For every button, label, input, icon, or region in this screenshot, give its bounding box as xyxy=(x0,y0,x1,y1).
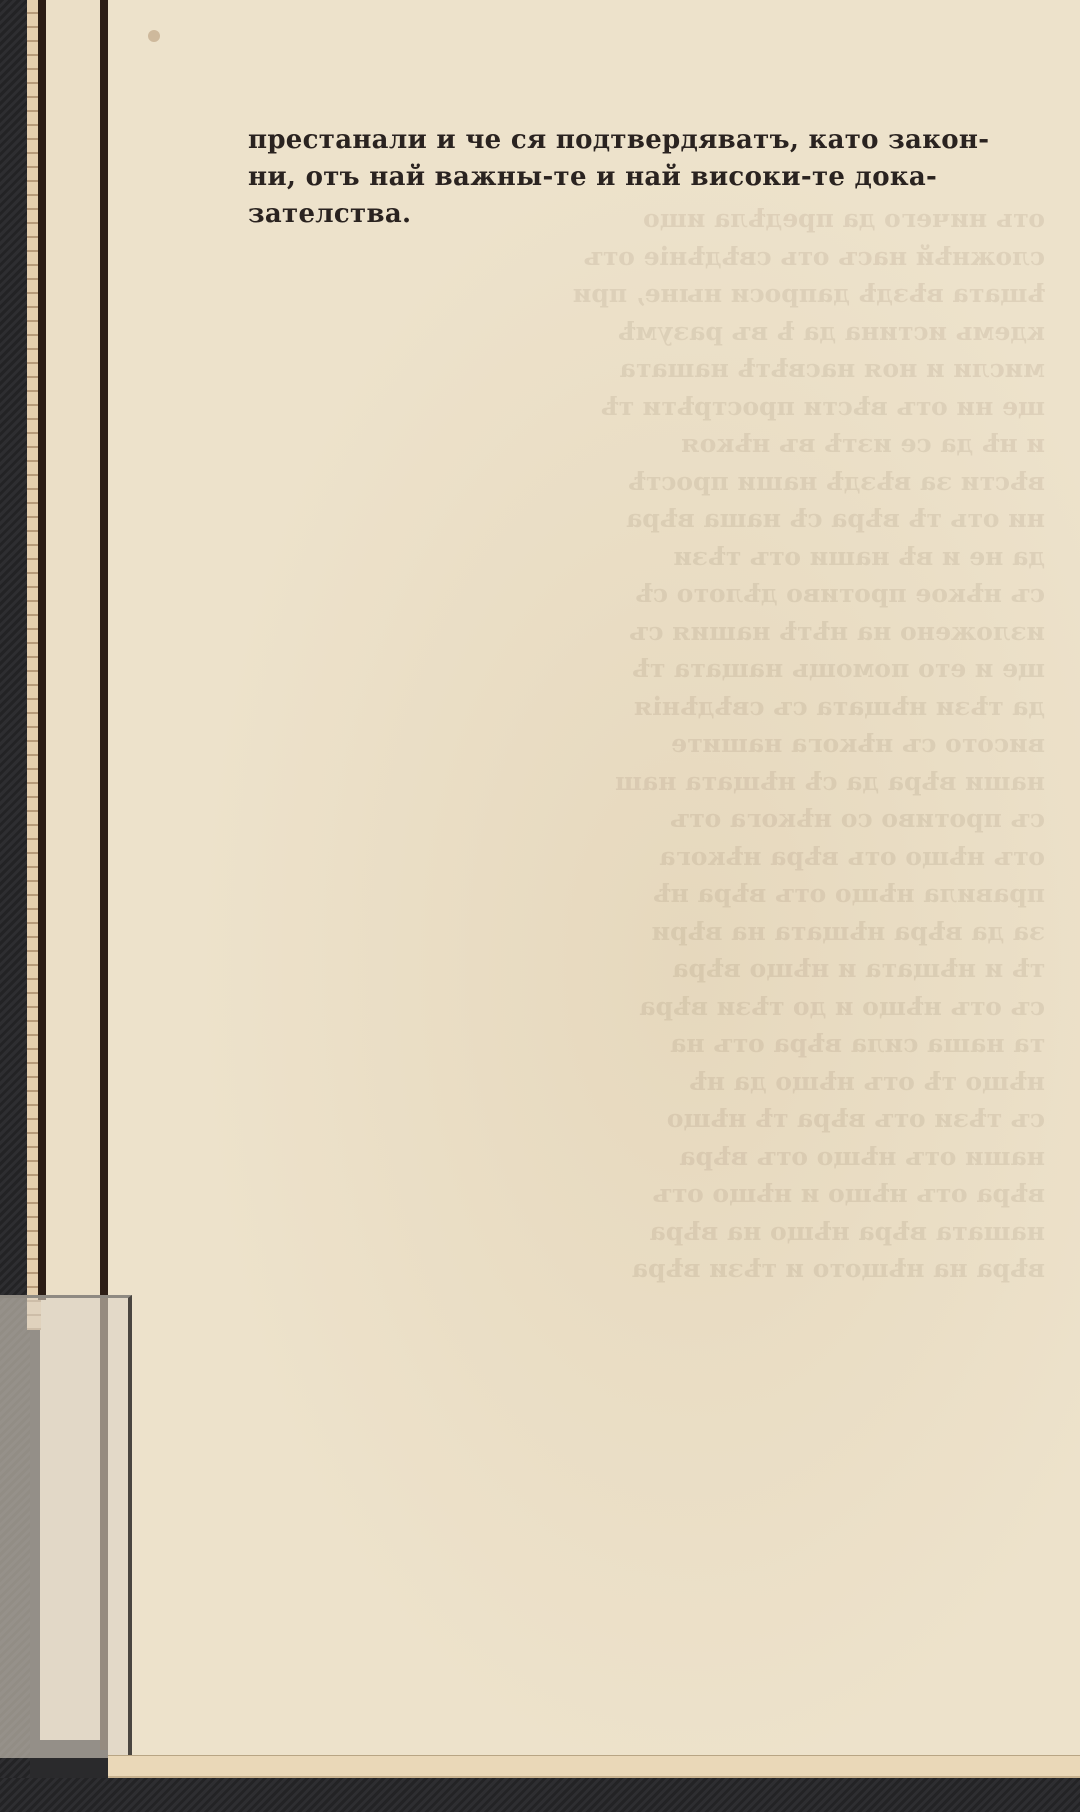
text-line: ни, отъ най важны-те и най високи-те док… xyxy=(248,159,1030,196)
book-cover-bottom xyxy=(0,1778,1080,1812)
page-bottom-edges xyxy=(108,1755,1080,1778)
transparent-tab-strip xyxy=(0,1295,132,1758)
page-body-text: престанали и че ся подтвердяватъ, като з… xyxy=(248,122,1030,233)
paper-stain xyxy=(148,30,160,42)
text-line: зателства. xyxy=(248,196,1030,233)
bleed-through-text: оть ничего да предѣла ищо сложнѣй насъ о… xyxy=(215,200,1045,1288)
binding-edge-line xyxy=(38,0,46,1300)
text-line: престанали и че ся подтвердяватъ, като з… xyxy=(248,122,1030,159)
